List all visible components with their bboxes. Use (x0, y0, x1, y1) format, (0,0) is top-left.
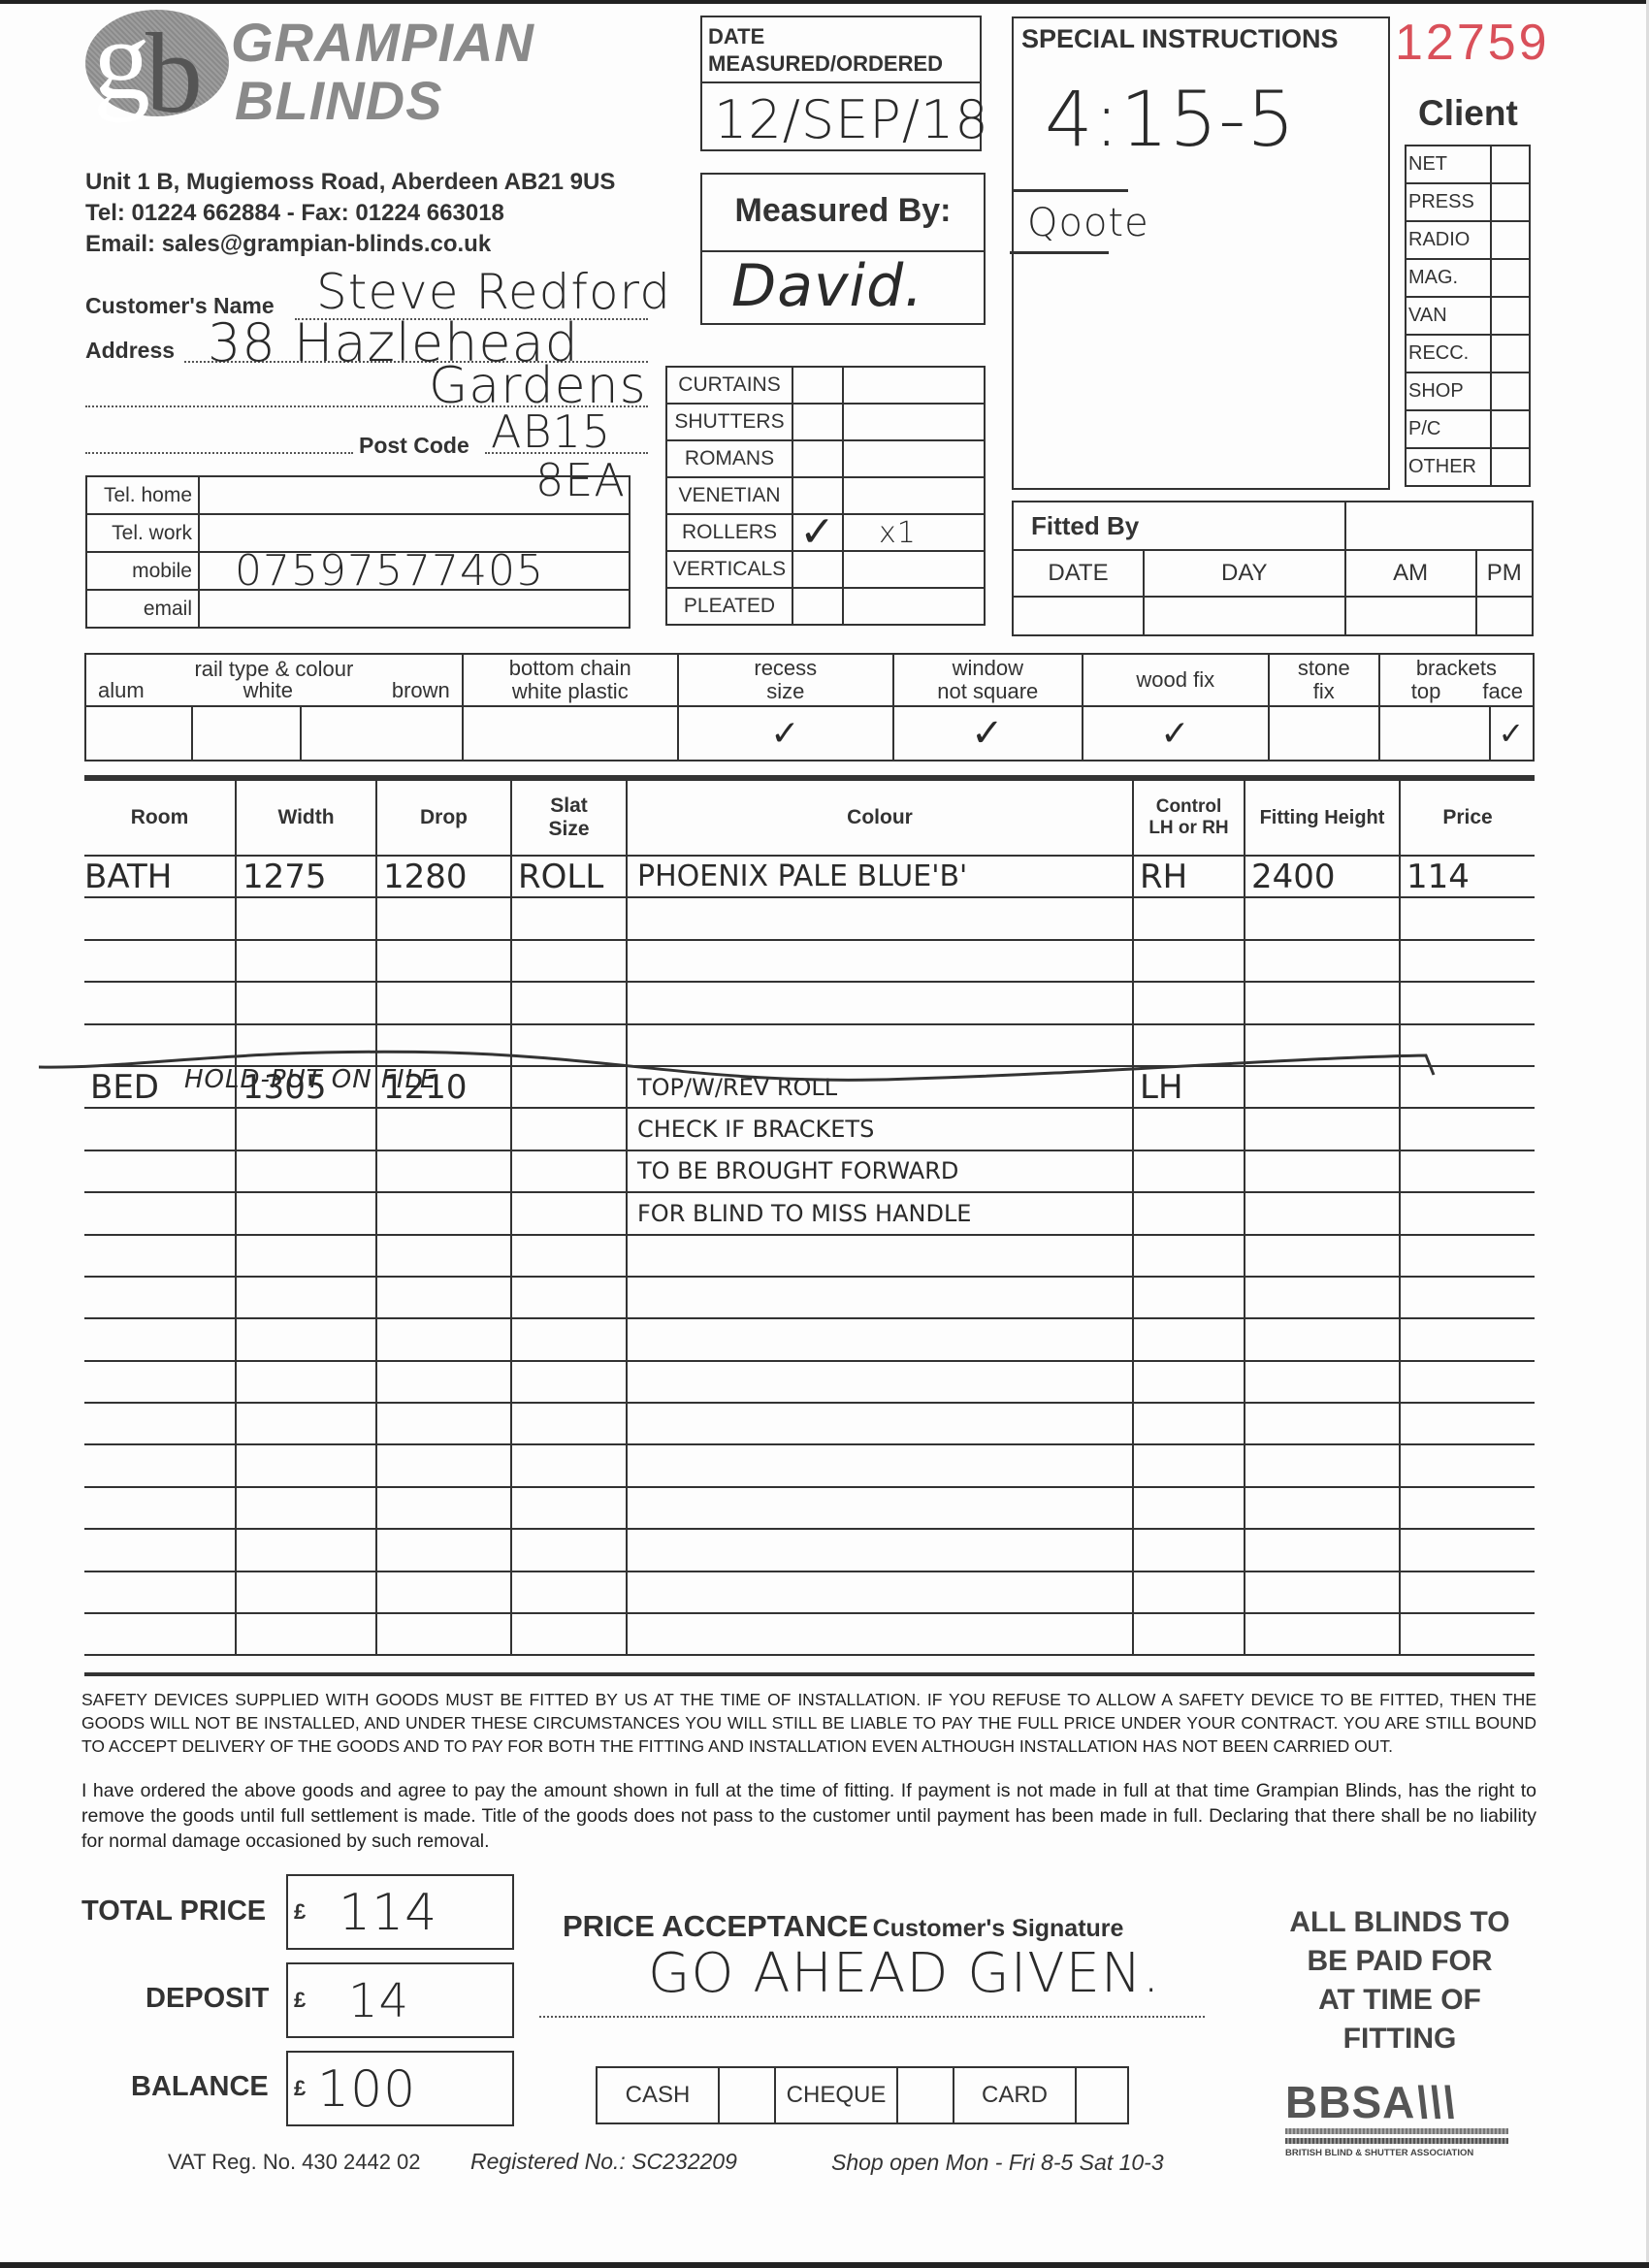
recess-size-checkbox[interactable]: ✓ (678, 706, 893, 761)
order-cell-drop[interactable] (376, 1318, 511, 1360)
customer-signature-field[interactable]: GO AHEAD GIVEN. (648, 1942, 1161, 2005)
order-cell-control[interactable] (1133, 1108, 1245, 1150)
wood-fix-header: wood fix (1083, 654, 1269, 706)
payment-method-cheque-label: CHEQUE (775, 2067, 897, 2123)
order-cell-drop[interactable] (376, 1487, 511, 1529)
order-cell-colour[interactable] (627, 1277, 1133, 1318)
order-cell-room[interactable]: BATH (84, 856, 236, 897)
product-check[interactable] (792, 440, 843, 477)
payment-agreement: I have ordered the above goods and agree… (81, 1778, 1536, 1854)
notice-line: BE PAID FOR (1230, 1942, 1569, 1981)
order-cell-slat[interactable] (511, 1318, 627, 1360)
order-cell-slat[interactable]: ROLL (511, 856, 627, 897)
order-cell-slat[interactable] (511, 1235, 627, 1277)
order-cell-width[interactable] (236, 1613, 376, 1655)
brackets-top-label: top (1411, 680, 1441, 703)
product-row[interactable]: ROMANS (666, 440, 985, 477)
order-cell-slat[interactable] (511, 1277, 627, 1318)
order-cell-width[interactable] (236, 1487, 376, 1529)
order-cell-width[interactable] (236, 1235, 376, 1277)
contact-row: mobile07597577405 (86, 552, 630, 590)
client-option-label: PRESS (1406, 183, 1491, 221)
product-qty[interactable] (843, 551, 985, 588)
order-cell-drop[interactable] (376, 1108, 511, 1150)
order-cell-width[interactable]: 1275 (236, 856, 376, 897)
order-cell-price[interactable] (1400, 982, 1535, 1023)
brackets-top-checkbox[interactable] (1379, 706, 1490, 761)
order-cell-width[interactable] (236, 1361, 376, 1403)
order-cell-slat[interactable] (511, 1444, 627, 1486)
order-cell-colour[interactable] (627, 1529, 1133, 1571)
special-instructions-line2[interactable]: Qoote (1027, 201, 1149, 245)
product-label: PLEATED (666, 588, 792, 625)
window-line2: not square (894, 680, 1082, 703)
order-cell-drop[interactable] (376, 1403, 511, 1444)
total-price-field[interactable]: 114 (339, 1884, 437, 1942)
order-cell-width[interactable] (236, 897, 376, 939)
order-cell-fitting-height[interactable] (1245, 940, 1400, 982)
fitted-am-header: AM (1345, 550, 1476, 597)
order-cell-fitting-height[interactable] (1245, 897, 1400, 939)
order-cell-width[interactable] (236, 982, 376, 1023)
order-cell-price[interactable] (1400, 1403, 1535, 1444)
rail-alum-checkbox[interactable] (85, 706, 192, 761)
order-cell-control[interactable] (1133, 1613, 1245, 1655)
table-row: FOR BLIND TO MISS HANDLE (84, 1192, 1535, 1234)
order-cell-price[interactable] (1400, 1529, 1535, 1571)
payment-method-card-label: CARD (954, 2067, 1076, 2123)
order-cell-price[interactable] (1400, 1108, 1535, 1150)
order-cell-width[interactable] (236, 1192, 376, 1234)
rail-type-label: rail type & colour (86, 659, 462, 680)
logo-letter-b: b (145, 8, 203, 140)
product-row[interactable]: PLEATED (666, 588, 985, 625)
header-control-line2: LH or RH (1134, 818, 1244, 839)
payment-notice: ALL BLINDS TO BE PAID FOR AT TIME OF FIT… (1230, 1903, 1569, 2058)
order-cell-slat[interactable] (511, 1487, 627, 1529)
order-cell-fitting-height[interactable] (1245, 1529, 1400, 1571)
order-cell-room[interactable] (84, 1235, 236, 1277)
product-label: ROLLERS (666, 514, 792, 551)
table-row (84, 940, 1535, 982)
recess-size-header: recess size (678, 654, 893, 706)
order-cell-control[interactable] (1133, 1529, 1245, 1571)
table-row (84, 1361, 1535, 1403)
product-label: SHUTTERS (666, 404, 792, 440)
order-cell-price[interactable] (1400, 1571, 1535, 1613)
order-cell-fitting-height[interactable] (1245, 1108, 1400, 1150)
client-option[interactable]: RADIO (1406, 221, 1530, 259)
order-cell-slat[interactable] (511, 1403, 627, 1444)
total-price-label: TOTAL PRICE (81, 1895, 266, 1928)
client-option-label: RECC. (1406, 335, 1491, 373)
notice-line: AT TIME OF (1230, 1981, 1569, 2020)
order-cell-room[interactable] (84, 1487, 236, 1529)
table-row (84, 1487, 1535, 1529)
order-cell-price[interactable]: 114 (1400, 856, 1535, 897)
client-option[interactable]: RECC. (1406, 335, 1530, 373)
order-cell-slat[interactable] (511, 1613, 627, 1655)
header-colour: Colour (627, 780, 1133, 856)
header-width: Width (236, 780, 376, 856)
order-cell-colour[interactable] (627, 897, 1133, 939)
order-cell-control[interactable] (1133, 1487, 1245, 1529)
bbsa-stripe (1285, 2138, 1508, 2144)
client-option-checkbox[interactable] (1491, 335, 1530, 373)
order-cell-width[interactable] (236, 1150, 376, 1192)
stone-fix-checkbox[interactable] (1269, 706, 1379, 761)
order-cell-drop[interactable] (376, 982, 511, 1023)
payment-method-cash-label: CASH (597, 2067, 719, 2123)
wood-fix-checkbox[interactable]: ✓ (1083, 706, 1269, 761)
order-cell-control[interactable] (1133, 940, 1245, 982)
address-line-3 (85, 452, 353, 454)
product-check[interactable] (792, 404, 843, 440)
order-cell-control[interactable] (1133, 982, 1245, 1023)
order-cell-fitting-height[interactable] (1245, 1150, 1400, 1192)
product-qty[interactable]: x1 (843, 514, 985, 551)
header-fitting-height: Fitting Height (1245, 780, 1400, 856)
payment-method-cheque-checkbox[interactable] (897, 2067, 954, 2123)
client-option-label: P/C (1406, 410, 1491, 448)
order-cell-colour[interactable]: PHOENIX PALE BLUE'B' (627, 856, 1133, 897)
registered-number: Registered No.: SC232209 (470, 2149, 737, 2175)
special-instructions-label: SPECIAL INSTRUCTIONS (1021, 24, 1339, 54)
client-option-label: SHOP (1406, 373, 1491, 410)
order-cell-fitting-height[interactable] (1245, 1487, 1400, 1529)
product-qty[interactable] (843, 440, 985, 477)
order-cell-slat[interactable] (511, 982, 627, 1023)
date-measured-box: DATE MEASURED/ORDERED 12/SEP/18 (700, 16, 982, 151)
order-cell-drop[interactable] (376, 1192, 511, 1234)
window-line1: window (894, 657, 1082, 680)
header-price: Price (1400, 780, 1535, 856)
order-cell-drop[interactable] (376, 1361, 511, 1403)
client-option[interactable]: SHOP (1406, 373, 1530, 410)
order-cell-room[interactable] (84, 982, 236, 1023)
order-cell-room[interactable] (84, 940, 236, 982)
mobile-field[interactable]: 07597577405 (199, 552, 630, 590)
order-cell-slat[interactable] (511, 897, 627, 939)
notice-line: FITTING (1230, 2020, 1569, 2058)
order-cell-colour[interactable] (627, 1361, 1133, 1403)
order-number: 12759 (1395, 14, 1550, 72)
recess-line1: recess (679, 657, 892, 680)
order-cell-drop[interactable] (376, 1529, 511, 1571)
product-label: VERTICALS (666, 551, 792, 588)
order-cell-price[interactable] (1400, 1444, 1535, 1486)
order-cell-fitting-height[interactable] (1245, 1277, 1400, 1318)
order-cell-price[interactable] (1400, 1613, 1535, 1655)
special-instructions-line1[interactable]: 4:15-5 (1045, 77, 1296, 164)
company-address: Unit 1 B, Mugiemoss Road, Aberdeen AB21 … (85, 169, 615, 196)
header-room: Room (84, 780, 236, 856)
order-cell-slat[interactable] (511, 1150, 627, 1192)
order-cell-room[interactable] (84, 1613, 236, 1655)
order-cell-control[interactable] (1133, 1277, 1245, 1318)
product-qty[interactable] (843, 588, 985, 625)
order-cell-fitting-height[interactable] (1245, 1192, 1400, 1234)
order-cell-control[interactable] (1133, 1571, 1245, 1613)
order-cell-width[interactable] (236, 1529, 376, 1571)
client-option-checkbox[interactable] (1491, 146, 1530, 183)
date-measured-value[interactable]: 12/SEP/18 (714, 89, 989, 150)
order-cell-colour[interactable] (627, 1235, 1133, 1277)
product-label: ROMANS (666, 440, 792, 477)
order-cell-price[interactable] (1400, 1277, 1535, 1318)
brand-name-line1: GRAMPIAN (231, 16, 534, 70)
client-option[interactable]: MAG. (1406, 259, 1530, 297)
fitted-date-field[interactable] (1013, 597, 1144, 635)
price-acceptance-subtitle: Customer's Signature (873, 1915, 1124, 1942)
product-row[interactable]: CURTAINS (666, 367, 985, 404)
order-cell-drop[interactable] (376, 940, 511, 982)
order-cell-fitting-height[interactable] (1245, 982, 1400, 1023)
product-row[interactable]: SHUTTERS (666, 404, 985, 440)
order-cell-colour[interactable] (627, 1318, 1133, 1360)
order-cell-drop[interactable]: 1280 (376, 856, 511, 897)
order-cell-control[interactable] (1133, 1192, 1245, 1234)
order-cell-drop[interactable] (376, 1150, 511, 1192)
order-cell-width[interactable] (236, 1318, 376, 1360)
order-cell-room[interactable] (84, 1277, 236, 1318)
order-cell-room[interactable] (84, 1318, 236, 1360)
order-cell-colour[interactable] (627, 1403, 1133, 1444)
client-option-label: MAG. (1406, 259, 1491, 297)
order-cell-price[interactable] (1400, 1318, 1535, 1360)
order-table-bottom-rule (84, 1672, 1535, 1676)
order-cell-slat[interactable] (511, 1192, 627, 1234)
order-cell-control[interactable] (1133, 1318, 1245, 1360)
order-cell-colour[interactable] (627, 982, 1133, 1023)
deposit-field[interactable]: 14 (348, 1974, 409, 2028)
header-drop: Drop (376, 780, 511, 856)
address-label: Address (85, 338, 175, 364)
tel-home-field[interactable] (199, 476, 630, 514)
fitted-pm-header: PM (1476, 550, 1533, 597)
underline-mark (1010, 251, 1109, 254)
order-cell-colour[interactable]: CHECK IF BRACKETS (627, 1108, 1133, 1150)
bottom-chain-line1: bottom chain (464, 657, 677, 680)
order-cell-room[interactable] (84, 1571, 236, 1613)
order-cell-width[interactable] (236, 1108, 376, 1150)
contact-label: Tel. work (86, 514, 199, 552)
client-option[interactable]: OTHER (1406, 448, 1530, 486)
payment-method-cash-checkbox[interactable] (719, 2067, 775, 2123)
client-source-table: NET PRESS RADIO MAG. VAN RECC. SHOP P/C … (1405, 145, 1531, 487)
product-label: VENETIAN (666, 477, 792, 514)
table-row (84, 1529, 1535, 1571)
order-table-header: Room Width Drop SlatSize Colour ControlL… (84, 780, 1535, 856)
product-check[interactable] (792, 367, 843, 404)
stone-line1: stone (1270, 657, 1378, 680)
order-cell-width[interactable] (236, 1277, 376, 1318)
currency-symbol: £ (294, 2076, 306, 2101)
order-table-body: BATH12751280ROLLPHOENIX PALE BLUE'B'RH24… (84, 855, 1535, 1656)
total-price-box[interactable]: £ 114 (286, 1874, 514, 1950)
order-cell-slat[interactable] (511, 1108, 627, 1150)
postcode-field-line1[interactable]: AB15 (491, 405, 611, 458)
order-cell-price[interactable] (1400, 897, 1535, 939)
order-cell-width[interactable] (236, 1403, 376, 1444)
measured-by-label-cell: Measured By: (702, 175, 984, 252)
rail-white-checkbox[interactable] (192, 706, 301, 761)
brackets-face-checkbox[interactable]: ✓ (1490, 706, 1534, 761)
order-cell-colour[interactable] (627, 1444, 1133, 1486)
deposit-label: DEPOSIT (145, 1983, 269, 2015)
client-option-checkbox[interactable] (1491, 410, 1530, 448)
product-row[interactable]: ROLLERS✓x1 (666, 514, 985, 551)
order-cell-colour[interactable]: FOR BLIND TO MISS HANDLE (627, 1192, 1133, 1234)
order-cell-room[interactable] (84, 1361, 236, 1403)
order-cell-price[interactable] (1400, 1235, 1535, 1277)
table-row: TO BE BROUGHT FORWARD (84, 1150, 1535, 1192)
order-cell-drop[interactable] (376, 1613, 511, 1655)
shop-hours: Shop open Mon - Fri 8-5 Sat 10-3 (831, 2150, 1164, 2176)
brackets-header: brackets top face (1379, 654, 1534, 706)
window-not-square-checkbox[interactable]: ✓ (893, 706, 1083, 761)
rail-white-label: white (243, 680, 293, 701)
bbsa-caption: BRITISH BLIND & SHUTTER ASSOCIATION (1285, 2148, 1508, 2158)
order-cell-fitting-height[interactable]: 2400 (1245, 856, 1400, 897)
order-cell-control[interactable] (1133, 1361, 1245, 1403)
order-cell-fitting-height[interactable] (1245, 1403, 1400, 1444)
product-type-table: CURTAINS SHUTTERS ROMANS VENETIAN ROLLER… (665, 366, 986, 626)
order-cell-slat[interactable] (511, 940, 627, 982)
product-check[interactable]: ✓ (792, 514, 843, 551)
underline-mark (1014, 189, 1128, 192)
payment-method-card-checkbox[interactable] (1076, 2067, 1128, 2123)
header-slat-line2: Size (512, 818, 626, 841)
stone-line2: fix (1270, 680, 1378, 703)
fitted-pm-field[interactable] (1476, 597, 1533, 635)
order-cell-fitting-height[interactable] (1245, 1613, 1400, 1655)
client-option-checkbox[interactable] (1491, 183, 1530, 221)
order-cell-price[interactable] (1400, 1361, 1535, 1403)
order-cell-room[interactable] (84, 1444, 236, 1486)
client-option[interactable]: NET (1406, 146, 1530, 183)
payment-method-table: CASH CHEQUE CARD (596, 2066, 1129, 2124)
order-cell-room[interactable] (84, 1529, 236, 1571)
client-option[interactable]: PRESS (1406, 183, 1530, 221)
order-cell-room[interactable] (84, 1403, 236, 1444)
order-cell-room[interactable] (84, 1150, 236, 1192)
product-qty[interactable] (843, 404, 985, 440)
order-cell-colour[interactable] (627, 1571, 1133, 1613)
client-option-checkbox[interactable] (1491, 373, 1530, 410)
order-cell-control[interactable] (1133, 1444, 1245, 1486)
header-slat-size: SlatSize (511, 780, 627, 856)
rail-brown-label: brown (392, 680, 450, 701)
product-qty[interactable] (843, 367, 985, 404)
client-option[interactable]: VAN (1406, 297, 1530, 335)
order-cell-control[interactable]: RH (1133, 856, 1245, 897)
table-row (84, 1403, 1535, 1444)
hold-note: HOLD-PUT ON FILE (184, 1065, 436, 1094)
order-cell-drop[interactable] (376, 1571, 511, 1613)
order-cell-price[interactable] (1400, 940, 1535, 982)
balance-field[interactable]: 100 (317, 2060, 416, 2119)
fitted-am-field[interactable] (1345, 597, 1476, 635)
date-label-line2: MEASURED/ORDERED (708, 50, 980, 78)
order-cell-slat[interactable] (511, 1529, 627, 1571)
header-slat-line1: Slat (512, 794, 626, 818)
order-cell-slat[interactable] (511, 1361, 627, 1403)
order-cell-fitting-height[interactable] (1245, 1318, 1400, 1360)
order-cell-width[interactable] (236, 940, 376, 982)
order-cell-drop[interactable] (376, 897, 511, 939)
order-cell-room[interactable] (84, 1108, 236, 1150)
order-cell-price[interactable] (1400, 1150, 1535, 1192)
contact-table: Tel. home Tel. work mobile07597577405 em… (85, 475, 630, 629)
fitted-day-header: DAY (1144, 550, 1345, 597)
table-row (84, 1444, 1535, 1486)
order-cell-drop[interactable] (376, 1235, 511, 1277)
order-cell-width[interactable] (236, 1571, 376, 1613)
fitting-options-table: rail type & colour alum white brown bott… (84, 653, 1535, 761)
bottom-chain-checkbox[interactable] (463, 706, 678, 761)
order-table: Room Width Drop SlatSize Colour ControlL… (84, 779, 1535, 857)
order-cell-fitting-height[interactable] (1245, 1571, 1400, 1613)
product-check[interactable] (792, 588, 843, 625)
measured-by-box: Measured By: David. (700, 173, 986, 325)
order-cell-colour[interactable] (627, 1487, 1133, 1529)
measured-by-value[interactable]: David. (731, 252, 923, 320)
order-cell-control[interactable] (1133, 1235, 1245, 1277)
fitted-by-field[interactable] (1345, 502, 1533, 550)
product-qty[interactable] (843, 477, 985, 514)
order-cell-fitting-height[interactable] (1245, 1444, 1400, 1486)
client-option-checkbox[interactable] (1491, 221, 1530, 259)
order-cell-price[interactable] (1400, 1192, 1535, 1234)
deposit-box[interactable]: £ 14 (286, 1962, 514, 2038)
brackets-face-label: face (1482, 680, 1523, 703)
bottom-chain-header: bottom chain white plastic (463, 654, 678, 706)
client-option-checkbox[interactable] (1491, 259, 1530, 297)
balance-box[interactable]: £ 100 (286, 2051, 514, 2126)
fitted-day-field[interactable] (1144, 597, 1345, 635)
fitted-by-table: Fitted By DATE DAY AM PM (1012, 501, 1534, 636)
order-cell-control[interactable] (1133, 897, 1245, 939)
rail-brown-checkbox[interactable] (301, 706, 463, 761)
order-cell-room[interactable] (84, 897, 236, 939)
date-label-line1: DATE (708, 23, 980, 50)
order-cell-slat[interactable] (511, 1571, 627, 1613)
order-cell-colour[interactable]: TO BE BROUGHT FORWARD (627, 1150, 1133, 1192)
order-cell-width[interactable] (236, 1444, 376, 1486)
order-cell-fitting-height[interactable] (1245, 1235, 1400, 1277)
order-cell-price[interactable] (1400, 1487, 1535, 1529)
client-option[interactable]: P/C (1406, 410, 1530, 448)
client-option-checkbox[interactable] (1491, 297, 1530, 335)
order-cell-control[interactable] (1133, 1403, 1245, 1444)
order-cell-colour[interactable] (627, 940, 1133, 982)
bbsa-logo: BBSA\\\ BRITISH BLIND & SHUTTER ASSOCIAT… (1285, 2080, 1508, 2158)
client-title: Client (1418, 93, 1518, 134)
client-option-checkbox[interactable] (1491, 448, 1530, 486)
window-not-square-header: window not square (893, 654, 1083, 706)
order-cell-drop[interactable] (376, 1444, 511, 1486)
order-cell-control[interactable] (1133, 1150, 1245, 1192)
vat-number: VAT Reg. No. 430 2442 02 (168, 2150, 421, 2175)
order-cell-fitting-height[interactable] (1245, 1361, 1400, 1403)
bbsa-mark: BBSA\\\ (1285, 2080, 1508, 2124)
currency-symbol: £ (294, 1899, 306, 1925)
order-cell-room[interactable] (84, 1192, 236, 1234)
order-cell-drop[interactable] (376, 1277, 511, 1318)
order-cell-colour[interactable] (627, 1613, 1133, 1655)
table-row (84, 1235, 1535, 1277)
